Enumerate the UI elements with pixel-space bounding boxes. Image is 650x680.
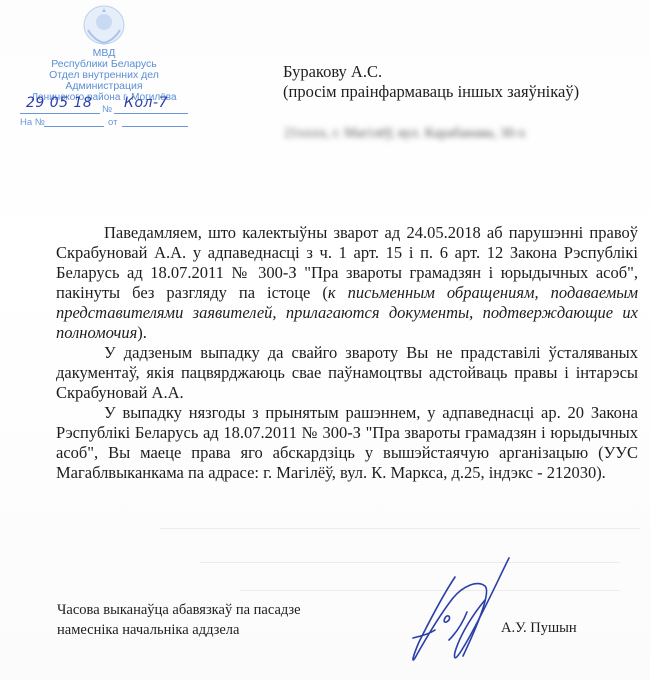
ref-from-label: от <box>108 117 117 128</box>
letter-body: Паведамляем, што калектыўны зварот ад 24… <box>56 223 638 483</box>
redacted-address: 21xxxx, г. Магілёў, вул. Карабанава, 30-… <box>284 126 604 140</box>
scan-artifact <box>160 528 640 529</box>
position-line-2: намесніка начальніка аддзела <box>57 620 301 640</box>
official-stamp: МВД Республики Беларусь Отдел внутренних… <box>14 4 194 129</box>
position-line-1: Часова выканаўца абавязкаў па пасадзе <box>57 600 301 620</box>
stamp-ref-row: На № от <box>14 116 194 129</box>
handwritten-date: 29 05 18 <box>26 98 92 109</box>
stamp-number-row: 29 05 18 № Кол-7 <box>14 103 194 116</box>
number-label: № <box>102 104 112 115</box>
signatory-position: Часова выканаўца абавязкаў па пасадзе на… <box>57 600 301 640</box>
handwritten-number: Кол-7 <box>124 98 168 109</box>
paragraph-notice: Паведамляем, што калектыўны зварот ад 24… <box>56 223 638 343</box>
belarus-coat-of-arms-icon <box>82 4 126 46</box>
signatory-name: А.У. Пушын <box>501 620 577 637</box>
paragraph-notice-end: ). <box>137 323 147 342</box>
stamp-line-administration: Администрация <box>14 81 194 92</box>
addressee-note: (просім праінфармаваць іншых заяўнікаў) <box>283 82 579 102</box>
paragraph-appeal: У выпадку нязгоды з прынятым рашэннем, у… <box>56 403 638 483</box>
addressee-name: Буракову А.С. <box>283 62 579 82</box>
handwritten-signature-icon <box>405 552 515 677</box>
paragraph-reason: У дадзеным выпадку да свайго звароту Вы … <box>56 343 638 403</box>
ref-label: На № <box>20 117 45 128</box>
addressee-block: Буракову А.С. (просім праінфармаваць інш… <box>283 62 579 102</box>
